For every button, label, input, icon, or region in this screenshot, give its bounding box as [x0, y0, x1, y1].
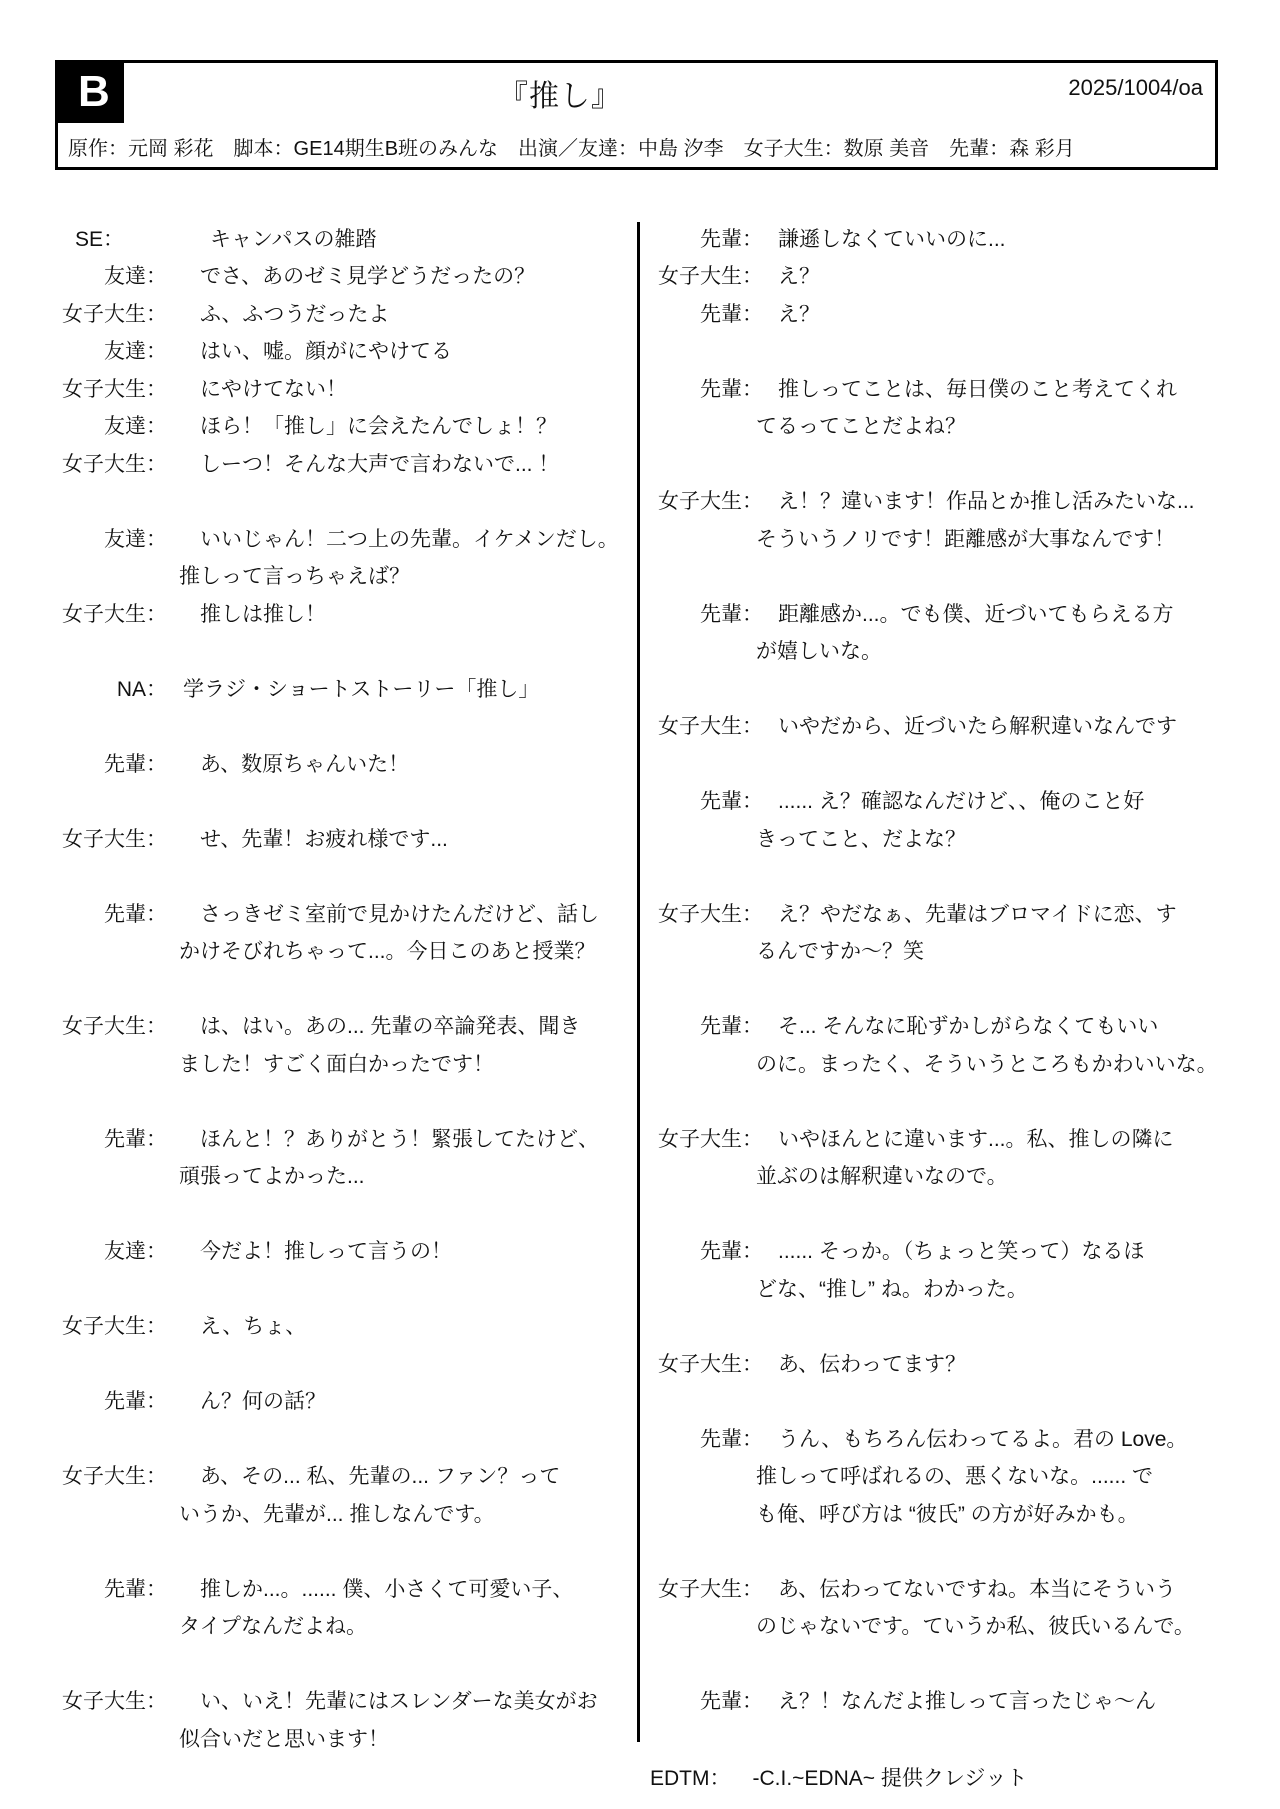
- dialogue-text: 並ぶのは解釈違いなので。: [756, 1160, 1008, 1190]
- dialogue-text: のに。まったく、そういうところもかわいいな。: [756, 1048, 1218, 1078]
- dialogue-line: 先輩：推しってことは、毎日僕のこと考えてくれ: [652, 369, 1280, 407]
- dialogue-text: 謙遜しなくていいのに...: [778, 223, 1006, 253]
- dialogue-continuation-line: かけそびれちゃって...。今日このあと授業？: [55, 932, 638, 970]
- dialogue-continuation-line: きってこと、だよな？: [652, 819, 1280, 857]
- team-badge: B: [58, 63, 124, 123]
- dialogue-text: い、いえ！先輩にはスレンダーな美女がお: [200, 1685, 598, 1715]
- script-right-column: 先輩：謙遜しなくていいのに...女子大生：え？先輩：え？先輩：推しってことは、毎…: [652, 219, 1280, 1719]
- dialogue-text: はい、嘘。顔がにやけてる: [200, 335, 452, 365]
- dialogue-line: 女子大生：い、いえ！先輩にはスレンダーな美女がお: [55, 1682, 638, 1720]
- dialogue-text: うん、もちろん伝わってるよ。君の Love。: [778, 1423, 1187, 1453]
- dialogue-text: そ... そんなに恥ずかしがらなくてもいい: [778, 1010, 1158, 1040]
- dialogue-text: どな、“推し” ね。わかった。: [756, 1273, 1028, 1303]
- edtm-text: -C.I.~EDNA~ 提供クレジット: [753, 1767, 1028, 1790]
- dialogue-line: 女子大生：あ、伝わってます？: [652, 1344, 1280, 1382]
- dialogue-continuation-line: 推しって呼ばれるの、悪くないな。...... で: [652, 1457, 1280, 1495]
- dialogue-text: せ、先輩！お疲れ様です...: [200, 823, 448, 853]
- dialogue-line: 先輩：ほんと！？ありがとう！緊張してたけど、: [55, 1119, 638, 1157]
- dialogue-text: にやけてない！: [200, 373, 347, 403]
- dialogue-line: 友達：はい、嘘。顔がにやけてる: [55, 332, 638, 370]
- speaker-label: 友達：: [55, 260, 167, 290]
- dialogue-line: 友達：でさ、あのゼミ見学どうだったの？: [55, 257, 638, 295]
- speaker-label: 女子大生：: [652, 1573, 763, 1603]
- dialogue-line: 先輩：...... え？確認なんだけど、、俺のこと好: [652, 782, 1280, 820]
- dialogue-text: あ、伝わってないですね。本当にそういう: [778, 1573, 1176, 1603]
- dialogue-line: 友達：ほら！「推し」に会えたんでしょ！？: [55, 407, 638, 445]
- dialogue-text: 推しは推し！: [200, 598, 326, 628]
- speaker-label: NA：: [55, 673, 167, 703]
- dialogue-text: あ、その... 私、先輩の... ファン？って: [200, 1460, 560, 1490]
- dialogue-text: ...... え？確認なんだけど、、俺のこと好: [778, 785, 1144, 815]
- speaker-label: 女子大生：: [55, 1685, 167, 1715]
- speaker-label: 女子大生：: [55, 298, 167, 328]
- dialogue-text: さっきゼミ室前で見かけたんだけど、話し: [200, 898, 599, 928]
- dialogue-text: でさ、あのゼミ見学どうだったの？: [200, 260, 535, 290]
- dialogue-text: るんですか～？笑: [756, 935, 924, 965]
- dialogue-continuation-line: いうか、先輩が... 推しなんです。: [55, 1494, 638, 1532]
- script-header: B 『推し』 2025/1004/oa 原作：元岡 彩花 脚本：GE14期生B班…: [55, 60, 1218, 170]
- dialogue-text: ん？何の話？: [200, 1385, 326, 1415]
- dialogue-text: 学ラジ・ショートストーリー「推し」: [183, 673, 539, 703]
- dialogue-line: 先輩：謙遜しなくていいのに...: [652, 219, 1280, 257]
- dialogue-text: いいじゃん！二つ上の先輩。イケメンだし。: [200, 523, 619, 553]
- dialogue-continuation-line: タイプなんだよね。: [55, 1607, 638, 1645]
- dialogue-continuation-line: のに。まったく、そういうところもかわいいな。: [652, 1044, 1280, 1082]
- dialogue-text: ほんと！？ありがとう！緊張してたけど、: [200, 1123, 599, 1153]
- page-title: 『推し』: [498, 71, 622, 115]
- dialogue-continuation-line: 推しって言っちゃえば？: [55, 557, 638, 595]
- dialogue-text: てるってことだよね？: [756, 410, 966, 440]
- dialogue-line: 女子大生：え、ちょ、: [55, 1307, 638, 1345]
- speaker-label: 先輩：: [652, 298, 763, 328]
- dialogue-line: 女子大生：いやほんとに違います...。私、推しの隣に: [652, 1119, 1280, 1157]
- speaker-label: 先輩：: [652, 598, 763, 628]
- dialogue-text: ました！すごく面白かったです！: [179, 1048, 494, 1078]
- credits-line: 原作：元岡 彩花 脚本：GE14期生B班のみんな 出演／友達：中島 汐李 女子大…: [68, 132, 1075, 161]
- speaker-label: 友達：: [55, 335, 167, 365]
- speaker-label: 先輩：: [55, 1123, 167, 1153]
- dialogue-continuation-line: のじゃないです。ていうか私、彼氏いるんで。: [652, 1607, 1280, 1645]
- dialogue-continuation-line: どな、“推し” ね。わかった。: [652, 1269, 1280, 1307]
- edtm-footer: EDTM：-C.I.~EDNA~ 提供クレジット: [650, 1762, 1027, 1792]
- speaker-label: 女子大生：: [652, 485, 763, 515]
- dialogue-text: そういうノリです！距離感が大事なんです！: [756, 523, 1175, 553]
- dialogue-line: 友達：今だよ！推しって言うの！: [55, 1232, 638, 1270]
- dialogue-line: 友達：いいじゃん！二つ上の先輩。イケメンだし。: [55, 519, 638, 557]
- dialogue-line: 先輩：...... そっか。（ちょっと笑って）なるほ: [652, 1232, 1280, 1270]
- dialogue-line: 先輩：そ... そんなに恥ずかしがらなくてもいい: [652, 1007, 1280, 1045]
- dialogue-line: 女子大生：あ、伝わってないですね。本当にそういう: [652, 1569, 1280, 1607]
- dialogue-text: かけそびれちゃって...。今日このあと授業？: [179, 935, 596, 965]
- dialogue-line: 先輩：距離感か...。でも僕、近づいてもらえる方: [652, 594, 1280, 632]
- dialogue-text: あ、伝わってます？: [778, 1348, 966, 1378]
- speaker-label: 先輩：: [55, 898, 167, 928]
- speaker-label: 女子大生：: [55, 598, 167, 628]
- dialogue-line: 女子大生：ふ、ふつうだったよ: [55, 294, 638, 332]
- dialogue-line: 先輩：さっきゼミ室前で見かけたんだけど、話し: [55, 894, 638, 932]
- dialogue-line: 女子大生：は、はい。あの... 先輩の卒論発表、聞き: [55, 1007, 638, 1045]
- dialogue-line: 女子大生：え？やだなぁ、先輩はブロマイドに恋、す: [652, 894, 1280, 932]
- dialogue-line: 先輩：ん？何の話？: [55, 1382, 638, 1420]
- speaker-label: 先輩：: [55, 748, 167, 778]
- dialogue-text: ほら！「推し」に会えたんでしょ！？: [200, 410, 557, 440]
- speaker-label: 女子大生：: [652, 1348, 763, 1378]
- dialogue-text: 距離感か...。でも僕、近づいてもらえる方: [778, 598, 1174, 628]
- dialogue-line: SE：キャンパスの雑踏: [55, 219, 638, 257]
- dialogue-text: きってこと、だよな？: [756, 823, 966, 853]
- dialogue-continuation-line: 並ぶのは解釈違いなので。: [652, 1157, 1280, 1195]
- dialogue-continuation-line: るんですか～？笑: [652, 932, 1280, 970]
- dialogue-continuation-line: てるってことだよね？: [652, 407, 1280, 445]
- dialogue-line: 女子大生：にやけてない！: [55, 369, 638, 407]
- dialogue-text: え？: [778, 260, 820, 290]
- speaker-label: 先輩：: [652, 1235, 763, 1265]
- speaker-label: 友達：: [55, 410, 167, 440]
- speaker-label: 女子大生：: [652, 898, 763, 928]
- dialogue-line: 先輩：あ、数原ちゃんいた！: [55, 744, 638, 782]
- speaker-label: 先輩：: [55, 1573, 167, 1603]
- speaker-label: 友達：: [55, 523, 167, 553]
- dialogue-line: 先輩：うん、もちろん伝わってるよ。君の Love。: [652, 1419, 1280, 1457]
- speaker-label: 女子大生：: [652, 260, 763, 290]
- speaker-label: 先輩：: [652, 373, 763, 403]
- dialogue-text: 推しって言っちゃえば？: [179, 560, 410, 590]
- dialogue-text: え？！なんだよ推しって言ったじゃ～ん: [778, 1685, 1156, 1715]
- dialogue-text: 似合いだと思います！: [179, 1723, 389, 1753]
- speaker-label: 友達：: [55, 1235, 167, 1265]
- dialogue-text: キャンパスの雑踏: [210, 223, 377, 253]
- speaker-label: 女子大生：: [55, 448, 167, 478]
- speaker-label: 女子大生：: [55, 1010, 167, 1040]
- dialogue-text: 推しか...。...... 僕、小さくて可愛い子、: [200, 1573, 573, 1603]
- dialogue-text: ...... そっか。（ちょっと笑って）なるほ: [778, 1235, 1144, 1265]
- speaker-label: 女子大生：: [55, 1460, 167, 1490]
- dialogue-text: も俺、呼び方は “彼氏” の方が好みかも。: [756, 1498, 1139, 1528]
- dialogue-text: え？やだなぁ、先輩はブロマイドに恋、す: [778, 898, 1177, 928]
- dialogue-text: のじゃないです。ていうか私、彼氏いるんで。: [756, 1610, 1195, 1640]
- speaker-label: 先輩：: [652, 1010, 763, 1040]
- broadcast-date: 2025/1004/oa: [1068, 75, 1203, 101]
- dialogue-continuation-line: そういうノリです！距離感が大事なんです！: [652, 519, 1280, 557]
- speaker-label: 女子大生：: [652, 710, 763, 740]
- dialogue-text: え、ちょ、: [200, 1310, 306, 1340]
- speaker-label: 女子大生：: [55, 373, 167, 403]
- dialogue-text: 今だよ！推しって言うの！: [200, 1235, 452, 1265]
- speaker-label: 先輩：: [55, 1385, 167, 1415]
- dialogue-line: 女子大生：え！？違います！作品とか推し活みたいな...: [652, 482, 1280, 520]
- dialogue-line: 女子大生：推しは推し！: [55, 594, 638, 632]
- edtm-label: EDTM：: [650, 1767, 731, 1790]
- speaker-label: 女子大生：: [55, 1310, 167, 1340]
- dialogue-text: いやほんとに違います...。私、推しの隣に: [778, 1123, 1174, 1153]
- speaker-label: 先輩：: [652, 785, 763, 815]
- dialogue-line: 女子大生：せ、先輩！お疲れ様です...: [55, 819, 638, 857]
- dialogue-text: 推しってことは、毎日僕のこと考えてくれ: [778, 373, 1177, 403]
- dialogue-line: 女子大生：いやだから、近づいたら解釈違いなんです: [652, 707, 1280, 745]
- dialogue-line: 女子大生：しーつ！そんな大声で言わないで... ！: [55, 444, 638, 482]
- dialogue-continuation-line: も俺、呼び方は “彼氏” の方が好みかも。: [652, 1494, 1280, 1532]
- dialogue-line: 先輩：え？: [652, 294, 1280, 332]
- speaker-label: 女子大生：: [652, 1123, 763, 1153]
- speaker-label: SE：: [55, 223, 167, 253]
- dialogue-text: ふ、ふつうだったよ: [200, 298, 389, 328]
- dialogue-text: 推しって呼ばれるの、悪くないな。...... で: [756, 1460, 1153, 1490]
- dialogue-text: いやだから、近づいたら解釈違いなんです: [778, 710, 1177, 740]
- dialogue-text: 頑張ってよかった...: [179, 1160, 365, 1190]
- dialogue-continuation-line: 似合いだと思います！: [55, 1719, 638, 1757]
- speaker-label: 女子大生：: [55, 823, 167, 853]
- dialogue-line: 女子大生：え？: [652, 257, 1280, 295]
- dialogue-text: あ、数原ちゃんいた！: [200, 748, 409, 778]
- dialogue-continuation-line: が嬉しいな。: [652, 632, 1280, 670]
- dialogue-text: え！？違います！作品とか推し活みたいな...: [778, 485, 1195, 515]
- speaker-label: 先輩：: [652, 1423, 763, 1453]
- dialogue-continuation-line: 頑張ってよかった...: [55, 1157, 638, 1195]
- dialogue-line: NA：学ラジ・ショートストーリー「推し」: [55, 669, 638, 707]
- dialogue-text: え？: [778, 298, 820, 328]
- dialogue-line: 先輩：え？！なんだよ推しって言ったじゃ～ん: [652, 1682, 1280, 1720]
- dialogue-text: は、はい。あの... 先輩の卒論発表、聞き: [200, 1010, 580, 1040]
- dialogue-text: しーつ！そんな大声で言わないで... ！: [200, 448, 559, 478]
- dialogue-line: 女子大生：あ、その... 私、先輩の... ファン？って: [55, 1457, 638, 1495]
- dialogue-text: いうか、先輩が... 推しなんです。: [179, 1498, 495, 1528]
- speaker-label: 先輩：: [652, 223, 763, 253]
- speaker-label: 先輩：: [652, 1685, 763, 1715]
- dialogue-continuation-line: ました！すごく面白かったです！: [55, 1044, 638, 1082]
- script-left-column: SE：キャンパスの雑踏友達：でさ、あのゼミ見学どうだったの？女子大生：ふ、ふつう…: [55, 219, 638, 1757]
- dialogue-text: が嬉しいな。: [756, 635, 882, 665]
- dialogue-line: 先輩：推しか...。...... 僕、小さくて可愛い子、: [55, 1569, 638, 1607]
- dialogue-text: タイプなんだよね。: [179, 1610, 367, 1640]
